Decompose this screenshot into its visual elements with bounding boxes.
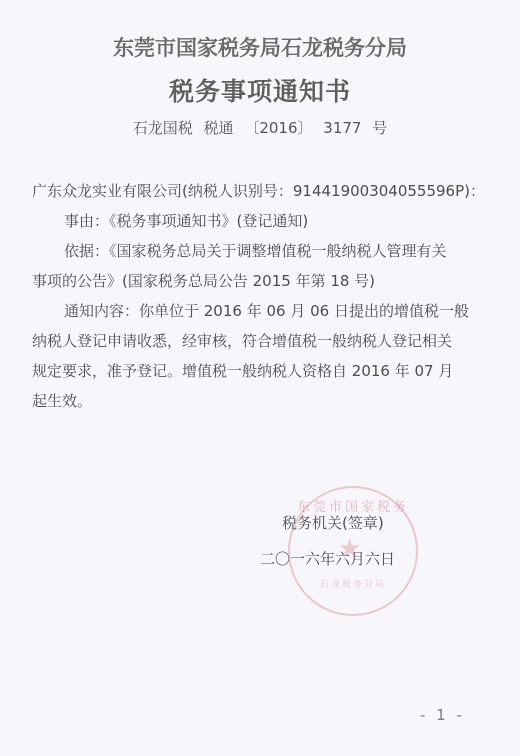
doc-number-year: 〔2016〕 <box>244 119 312 137</box>
document-page: 东莞市国家税务局石龙税务分局 税务事项通知书 石龙国税 税通 〔2016〕 31… <box>0 0 520 756</box>
signature-date: 二〇一六年六月六日 <box>260 548 395 569</box>
issuing-organization: 东莞市国家税务局石龙税务分局 <box>0 32 520 62</box>
doc-number-suffix: 号 <box>372 119 387 137</box>
content-line-4: 起生效。 <box>32 386 472 416</box>
signature-label: 税务机关(签章) <box>282 512 384 533</box>
stamp-bottom-text: 石龙税务分局 <box>290 577 416 590</box>
reason-line: 事由：《税务事项通知书》(登记通知) <box>32 206 472 236</box>
content-line-3: 规定要求，准予登记。增值税一般纳税人资格自 2016 年 07 月 <box>32 356 472 386</box>
basis-paragraph: 依据：《国家税务总局关于调整增值税一般纳税人管理有关 事项的公告》(国家税务总局… <box>32 236 472 296</box>
addressee: 广东众龙实业有限公司(纳税人识别号：91441900304055596P)： <box>32 176 472 206</box>
page-number: - 1 - <box>420 706 465 724</box>
basis-line-1: 依据：《国家税务总局关于调整增值税一般纳税人管理有关 <box>32 236 472 266</box>
content-line-2: 纳税人登记申请收悉，经审核，符合增值税一般纳税人登记相关 <box>32 326 472 356</box>
doc-number-value: 3177 <box>323 119 361 137</box>
reason-paragraph: 事由：《税务事项通知书》(登记通知) <box>32 206 472 236</box>
doc-number-type: 税通 <box>204 119 234 137</box>
document-number: 石龙国税 税通 〔2016〕 3177 号 <box>0 117 520 138</box>
doc-number-prefix: 石龙国税 <box>133 119 193 137</box>
content-line-1: 通知内容：你单位于 2016 年 06 月 06 日提出的增值税一般 <box>32 296 472 326</box>
basis-line-2: 事项的公告》(国家税务总局公告 2015 年第 18 号) <box>32 266 472 296</box>
document-title: 税务事项通知书 <box>0 72 520 108</box>
addressee-line: 广东众龙实业有限公司(纳税人识别号：91441900304055596P)： <box>32 176 472 206</box>
notice-content-paragraph: 通知内容：你单位于 2016 年 06 月 06 日提出的增值税一般 纳税人登记… <box>32 296 472 416</box>
